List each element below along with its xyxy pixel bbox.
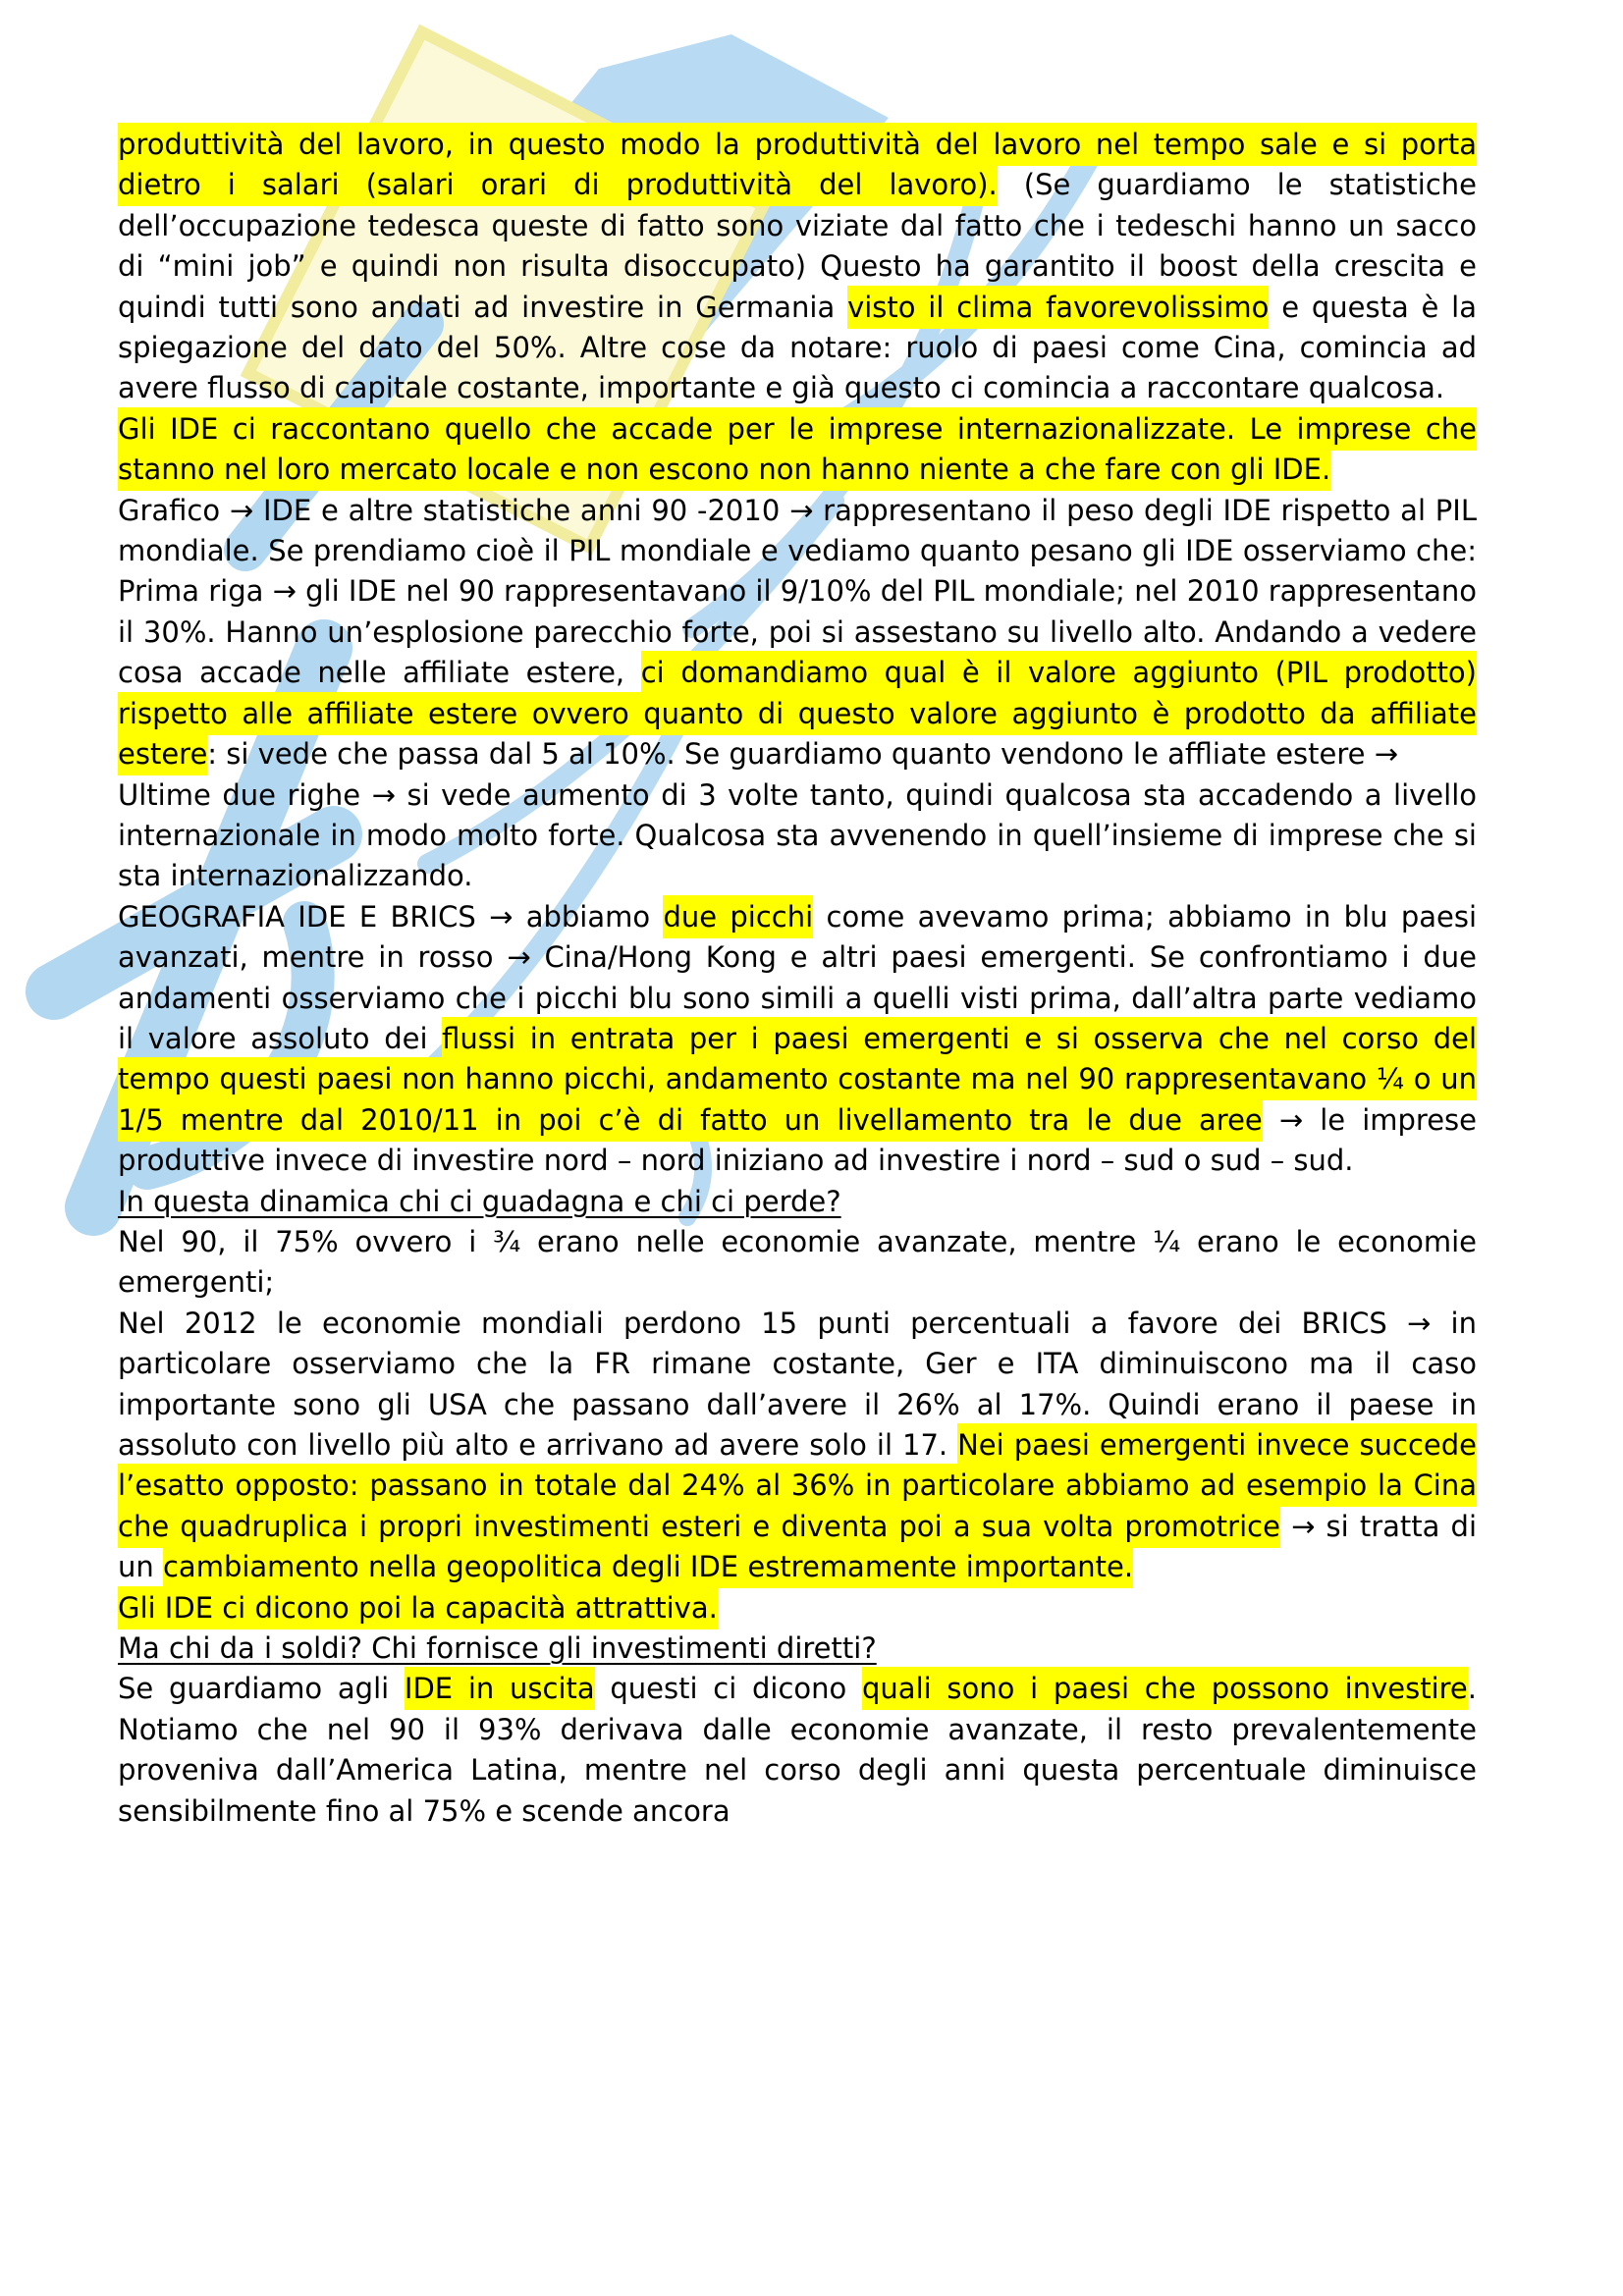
paragraph: GEOGRAFIA IDE E BRICS → abbiamo due picc… xyxy=(118,897,1477,1182)
highlighted-text: quali sono i paesi che possono investire xyxy=(862,1667,1468,1710)
highlighted-text: Gli IDE ci dicono poi la capacità attrat… xyxy=(118,1586,718,1629)
text-run: questi ci dicono xyxy=(595,1672,862,1705)
text-run: Nel 90, il 75% ovvero i ¾ erano nelle ec… xyxy=(118,1225,1477,1299)
paragraph: Gli IDE ci raccontano quello che accade … xyxy=(118,409,1477,491)
underlined-heading: Ma chi da i soldi? Chi fornisce gli inve… xyxy=(118,1631,877,1665)
highlighted-text: due picchi xyxy=(663,895,813,938)
paragraph: Ultime due righe → si vede aumento di 3 … xyxy=(118,775,1477,897)
text-run: Se guardiamo agli xyxy=(118,1672,405,1705)
highlighted-text: Gli IDE ci raccontano quello che accade … xyxy=(118,407,1477,491)
paragraph: In questa dinamica chi ci guadagna e chi… xyxy=(118,1182,1477,1222)
paragraph: Ma chi da i soldi? Chi fornisce gli inve… xyxy=(118,1629,1477,1669)
paragraph: Nel 90, il 75% ovvero i ¾ erano nelle ec… xyxy=(118,1222,1477,1304)
text-run: GEOGRAFIA IDE E BRICS → abbiamo xyxy=(118,900,663,934)
paragraph: Grafico → IDE e altre statistiche anni 9… xyxy=(118,491,1477,775)
text-run: Ultime due righe → si vede aumento di 3 … xyxy=(118,778,1477,893)
highlighted-text: visto il clima favorevolissimo xyxy=(847,286,1269,329)
paragraph: produttività del lavoro, in questo modo … xyxy=(118,125,1477,409)
document-body: produttività del lavoro, in questo modo … xyxy=(118,125,1477,1832)
paragraph: Gli IDE ci dicono poi la capacità attrat… xyxy=(118,1588,1477,1629)
text-run: : si vede che passa dal 5 al 10%. Se gua… xyxy=(207,737,1398,771)
paragraph: Nel 2012 le economie mondiali perdono 15… xyxy=(118,1304,1477,1588)
highlighted-text: cambiamento nella geopolitica degli IDE … xyxy=(163,1545,1133,1588)
paragraph: Se guardiamo agli IDE in uscita questi c… xyxy=(118,1669,1477,1832)
highlighted-text: IDE in uscita xyxy=(405,1667,595,1710)
underlined-heading: In questa dinamica chi ci guadagna e chi… xyxy=(118,1185,841,1218)
